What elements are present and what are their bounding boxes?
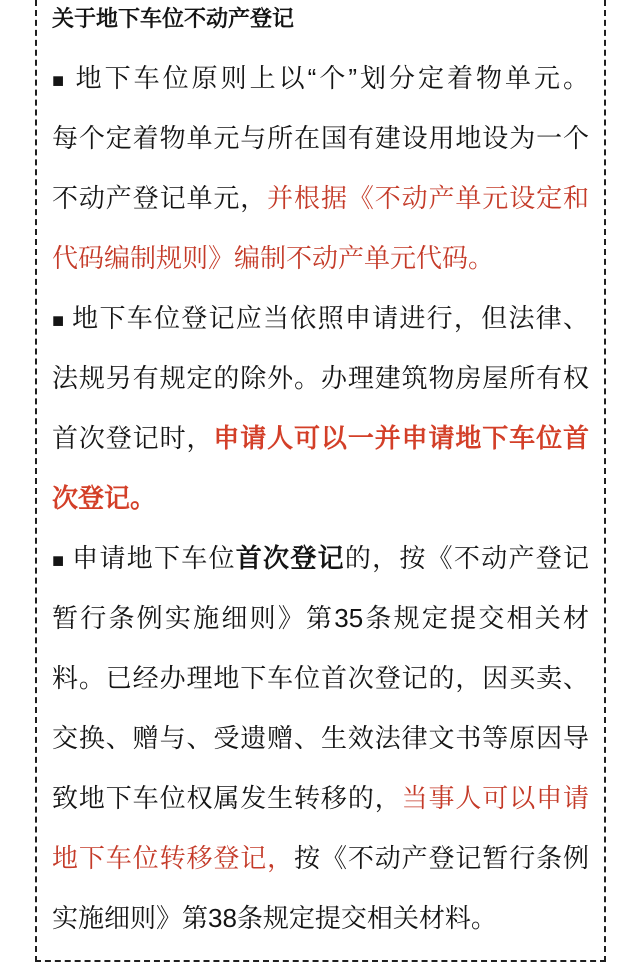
text-segment: 按《不动产登记暂行条例	[294, 843, 589, 873]
text-line: 致地下车位权属发生转移的，当事人可以申请	[52, 768, 589, 828]
article-title: 关于地下车位不动产登记	[52, 3, 589, 35]
text-segment: 暂行条例实施细则》第35条规定提交相关材	[52, 603, 589, 633]
bullet-square-icon: ■	[52, 550, 72, 572]
text-segment: 地下车位原则上以“个”划分定着物单元。	[76, 63, 589, 93]
text-segment: 地下车位转移登记，	[52, 843, 294, 873]
dashed-frame: 关于地下车位不动产登记 ■ 地下车位原则上以“个”划分定着物单元。每个定着物单元…	[35, 0, 606, 962]
text-segment: 并根据《不动产单元设定和	[267, 183, 589, 213]
text-line: 代码编制规则》编制不动产单元代码。	[52, 228, 589, 288]
text-segment: 致地下车位权属发生转移的，	[52, 783, 402, 813]
article-page: 关于地下车位不动产登记 ■ 地下车位原则上以“个”划分定着物单元。每个定着物单元…	[0, 0, 640, 976]
text-line: 暂行条例实施细则》第35条规定提交相关材	[52, 588, 589, 648]
text-line: 地下车位转移登记，按《不动产登记暂行条例	[52, 828, 589, 888]
text-line: 首次登记时，申请人可以一并申请地下车位首	[52, 408, 589, 468]
text-segment: 料。已经办理地下车位首次登记的，因买卖、	[52, 663, 589, 693]
text-segment: 实施细则》第38条规定提交相关材料。	[52, 903, 497, 933]
bullet-square-icon: ■	[52, 70, 76, 92]
text-segment: 交换、赠与、受遗赠、生效法律文书等原因导	[52, 723, 589, 753]
text-segment: 首次登记	[236, 543, 345, 573]
text-line: 法规另有规定的除外。办理建筑物房屋所有权	[52, 348, 589, 408]
text-line: ■ 地下车位登记应当依照申请进行，但法律、	[52, 288, 589, 348]
text-segment: 首次登记时，	[52, 423, 213, 453]
text-segment: 法规另有规定的除外。办理建筑物房屋所有权	[52, 363, 589, 393]
article-body: ■ 地下车位原则上以“个”划分定着物单元。每个定着物单元与所在国有建设用地设为一…	[52, 48, 589, 948]
text-segment: 每个定着物单元与所在国有建设用地设为一个	[52, 123, 589, 153]
text-segment: 申请地下车位	[72, 543, 236, 573]
bullet-square-icon: ■	[52, 310, 72, 332]
text-segment: 申请人可以一并申请地下车位首	[213, 423, 589, 453]
text-line: 次登记。	[52, 468, 589, 528]
text-line: 不动产登记单元，并根据《不动产单元设定和	[52, 168, 589, 228]
text-segment: 的，按《不动产登记	[345, 543, 589, 573]
text-line: 交换、赠与、受遗赠、生效法律文书等原因导	[52, 708, 589, 768]
text-line: 实施细则》第38条规定提交相关材料。	[52, 888, 589, 948]
text-segment: 次登记。	[52, 483, 156, 513]
text-segment: 当事人可以申请	[402, 783, 589, 813]
text-segment: 不动产登记单元，	[52, 183, 267, 213]
text-segment: 代码编制规则》编制不动产单元代码。	[52, 243, 494, 273]
text-line: ■ 地下车位原则上以“个”划分定着物单元。	[52, 48, 589, 108]
text-segment: 地下车位登记应当依照申请进行，但法律、	[72, 303, 589, 333]
text-line: ■ 申请地下车位首次登记的，按《不动产登记	[52, 528, 589, 588]
text-line: 每个定着物单元与所在国有建设用地设为一个	[52, 108, 589, 168]
text-line: 料。已经办理地下车位首次登记的，因买卖、	[52, 648, 589, 708]
